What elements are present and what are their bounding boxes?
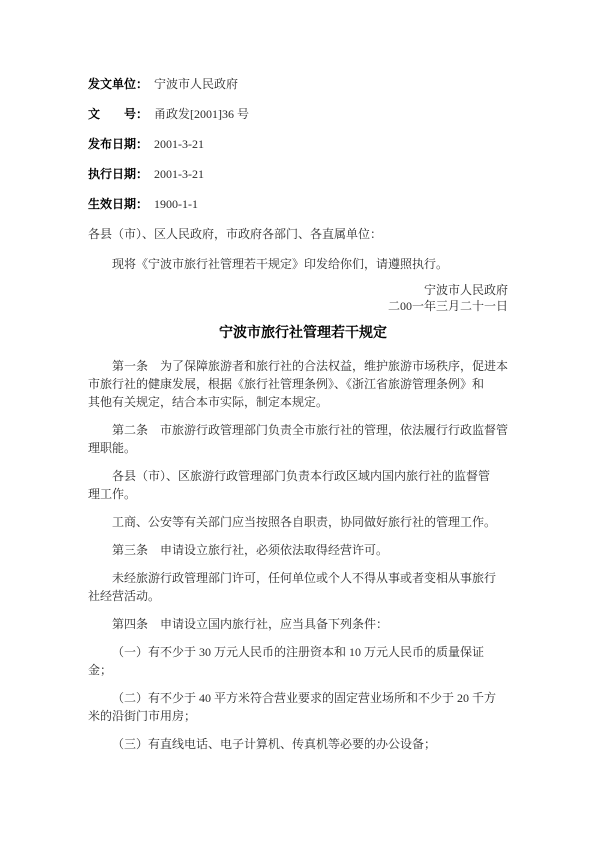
body-paragraph-condition-3: （三）有直线电话、电子计算机、传真机等必要的办公设备； (88, 735, 518, 753)
meta-label-execute-date: 执行日期： (88, 165, 148, 183)
meta-label-document-number: 文 号： (88, 105, 148, 123)
body-paragraph-article-4: 第四条 申请设立国内旅行社，应当具备下列条件： (88, 615, 518, 633)
meta-value-issuing-unit: 宁波市人民政府 (154, 75, 238, 93)
body-paragraph-condition-2: （二）有不少于 40 平方米符合营业要求的固定营业场所和不少于 20 千方 米的… (88, 689, 518, 725)
document-body: 第一条 为了保障旅游者和旅行社的合法权益，维护旅游市场秩序，促进本 市旅行社的健… (88, 357, 518, 753)
body-paragraph-article-2: 第二条 市旅游行政管理部门负责全市旅行社的管理，依法履行行政监督管 理职能。 (88, 421, 518, 457)
meta-value-publish-date: 2001-3-21 (154, 135, 204, 153)
document-title: 宁波市旅行社管理若干规定 (88, 324, 518, 343)
meta-value-effective-date: 1900-1-1 (154, 195, 198, 213)
meta-row-document-number: 文 号： 甬政发[2001]36 号 (88, 105, 518, 123)
meta-label-issuing-unit: 发文单位： (88, 75, 148, 93)
body-paragraph-county-duty: 各县（市）、区旅游行政管理部门负责本行政区域内国内旅行社的监督管 理工作。 (88, 467, 518, 503)
meta-row-issuing-unit: 发文单位： 宁波市人民政府 (88, 75, 518, 93)
signature-block: 宁波市人民政府 二00一年三月二十一日 (88, 283, 508, 314)
document-content: 发文单位： 宁波市人民政府 文 号： 甬政发[2001]36 号 发布日期： 2… (88, 75, 518, 763)
meta-label-publish-date: 发布日期： (88, 135, 148, 153)
forward-note: 现将《宁波市旅行社管理若干规定》印发给你们，请遵照执行。 (88, 255, 518, 273)
meta-value-document-number: 甬政发[2001]36 号 (154, 105, 249, 123)
body-paragraph-article-3: 第三条 申请设立旅行社，必须依法取得经营许可。 (88, 541, 518, 559)
meta-row-effective-date: 生效日期： 1900-1-1 (88, 195, 518, 213)
salutation-line: 各县（市）、区人民政府，市政府各部门、各直属单位： (88, 225, 518, 243)
document-page: 发文单位： 宁波市人民政府 文 号： 甬政发[2001]36 号 发布日期： 2… (0, 0, 595, 842)
signature-date: 二00一年三月二十一日 (88, 299, 508, 315)
meta-block: 发文单位： 宁波市人民政府 文 号： 甬政发[2001]36 号 发布日期： 2… (88, 75, 518, 213)
meta-row-execute-date: 执行日期： 2001-3-21 (88, 165, 518, 183)
body-paragraph-article-1: 第一条 为了保障旅游者和旅行社的合法权益，维护旅游市场秩序，促进本 市旅行社的健… (88, 357, 518, 411)
body-paragraph-condition-1: （一）有不少于 30 万元人民币的注册资本和 10 万元人民币的质量保证 金； (88, 643, 518, 679)
body-paragraph-no-permit: 未经旅游行政管理部门许可，任何单位或个人不得从事或者变相从事旅行 社经营活动。 (88, 569, 518, 605)
meta-label-effective-date: 生效日期： (88, 195, 148, 213)
body-paragraph-other-departments: 工商、公安等有关部门应当按照各自职责，协同做好旅行社的管理工作。 (88, 513, 518, 531)
signature-issuer: 宁波市人民政府 (88, 283, 508, 299)
meta-row-publish-date: 发布日期： 2001-3-21 (88, 135, 518, 153)
meta-value-execute-date: 2001-3-21 (154, 165, 204, 183)
